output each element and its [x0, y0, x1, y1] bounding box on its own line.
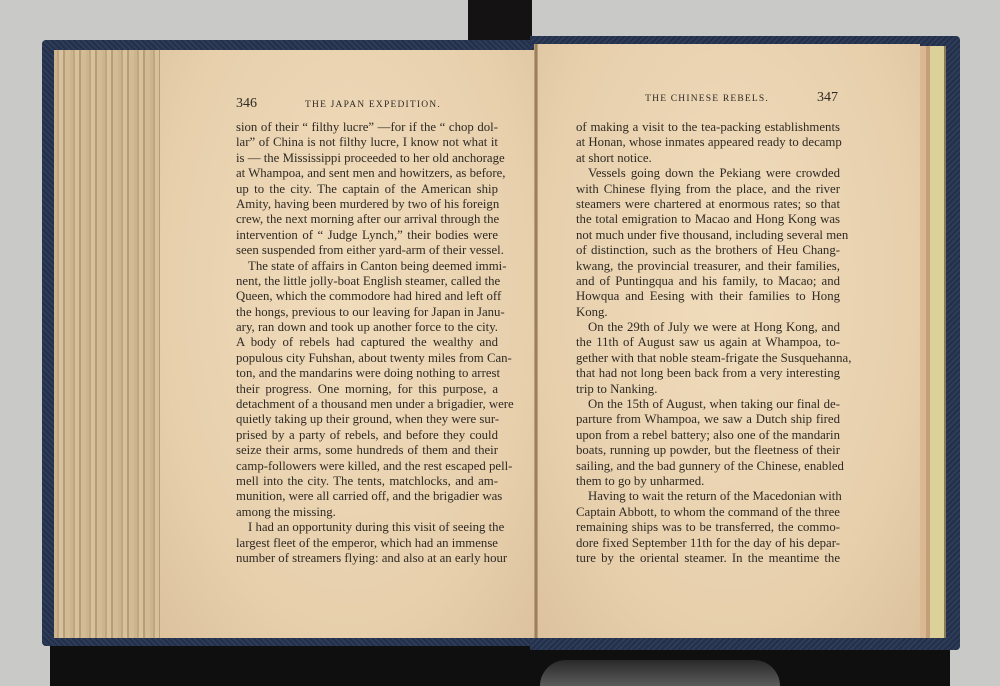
text-line: seize their arms, some hundreds of them …: [236, 443, 498, 458]
text-line: the hongs, previous to our leaving for J…: [236, 305, 498, 320]
text-line: The state of affairs in Canton being dee…: [236, 259, 498, 274]
text-line: I had an opportunity during this visit o…: [236, 520, 498, 535]
text-line: sailing, and the bad gunnery of the Chin…: [576, 459, 840, 474]
body-text: of making a visit to the tea-packing est…: [576, 120, 840, 566]
text-line: seen suspended from either yard-arm of t…: [236, 243, 498, 258]
text-line: at Whampoa, and sent men and howitzers, …: [236, 166, 498, 181]
page-edges-left: [54, 50, 166, 638]
text-line: quietly taking up their ground, when the…: [236, 412, 498, 427]
text-line: number of streamers flying: and also at …: [236, 551, 498, 566]
text-line: ture by the oriental steamer. In the mea…: [576, 551, 840, 566]
text-line: Vessels going down the Pekiang were crow…: [576, 166, 840, 181]
text-line: ton, and the mandarins were doing nothin…: [236, 366, 498, 381]
text-line: their progress. One morning, for this pu…: [236, 382, 498, 397]
text-line: On the 29th of July we were at Hong Kong…: [576, 320, 840, 335]
left-page: 346 THE JAPAN EXPEDITION. sion of their …: [160, 50, 536, 638]
text-line: munition, were all carried off, and the …: [236, 489, 498, 504]
text-line: of distinction, such as the brothers of …: [576, 243, 840, 258]
running-head-title: THE CHINESE REBELS.: [645, 94, 769, 104]
text-line: sion of their “ filthy lucre” —for if th…: [236, 120, 498, 135]
text-line: largest fleet of the emperor, which had …: [236, 536, 498, 551]
text-line: at Honan, whose inmates appeared ready t…: [576, 135, 840, 150]
running-head-title: THE JAPAN EXPEDITION.: [305, 100, 441, 110]
text-line: that had not long been back from a very …: [576, 366, 840, 381]
text-line: parture from Whampoa, we saw a Dutch shi…: [576, 412, 840, 427]
text-line: remaining ships was to be transferred, t…: [576, 520, 840, 535]
text-line: Kong.: [576, 305, 840, 320]
text-line: with Chinese flying from the place, and …: [576, 182, 840, 197]
text-line: A body of rebels had captured the wealth…: [236, 335, 498, 350]
text-line: intervention of “ Judge Lynch,” their bo…: [236, 228, 498, 243]
text-line: dore fixed September 11th for the day of…: [576, 536, 840, 551]
background-dark-strip: [468, 0, 532, 44]
text-line: mell into the city. The tents, matchlock…: [236, 474, 498, 489]
text-line: Having to wait the return of the Macedon…: [576, 489, 840, 504]
text-line: crew, the next morning after our arrival…: [236, 212, 498, 227]
text-line: among the missing.: [236, 505, 498, 520]
page-edges-right: [918, 46, 946, 638]
text-line: detachment of a thousand men under a bri…: [236, 397, 498, 412]
page-number: 347: [817, 90, 838, 106]
text-line: them to go by unharmed.: [576, 474, 840, 489]
text-line: lar” of China is not filthy lucre, I kno…: [236, 135, 498, 150]
text-line: and of Puntingqua and his family, to Mac…: [576, 274, 840, 289]
text-line: at short notice.: [576, 151, 840, 166]
text-line: nent, the little jolly-boat English stea…: [236, 274, 498, 289]
text-line: the total emigration to Macao and Hong K…: [576, 212, 840, 227]
text-line: the 11th of August saw us again at Whamp…: [576, 335, 840, 350]
page-number: 346: [236, 96, 257, 112]
text-line: Amity, having been murdered by two of hi…: [236, 197, 498, 212]
text-line: Queen, which the commodore had hired and…: [236, 289, 498, 304]
text-line: steamers were chartered at enormous rate…: [576, 197, 840, 212]
text-line: is — the Mississippi proceeded to her ol…: [236, 151, 498, 166]
text-line: of making a visit to the tea-packing est…: [576, 120, 840, 135]
text-line: camp-followers were killed, and the rest…: [236, 459, 498, 474]
running-head-left: 346 THE JAPAN EXPEDITION.: [236, 96, 500, 112]
text-line: On the 15th of August, when taking our f…: [576, 397, 840, 412]
text-line: populous city Fuhshan, about twenty mile…: [236, 351, 498, 366]
text-line: gether with that noble steam-frigate the…: [576, 351, 840, 366]
text-line: not much under five thousand, including …: [576, 228, 840, 243]
text-line: up to the city. The captain of the Ameri…: [236, 182, 498, 197]
running-head-right: THE CHINESE REBELS. 347: [576, 90, 838, 106]
text-line: boats, running up powder, but the fleetn…: [576, 443, 840, 458]
text-line: Howqua and Eesing with their families to…: [576, 289, 840, 304]
text-line: trip to Nanking.: [576, 382, 840, 397]
text-line: kwang, the provincial treasurer, and the…: [576, 259, 840, 274]
shadow-highlight: [540, 660, 780, 686]
text-line: ary, ran down and took up another force …: [236, 320, 498, 335]
text-line: upon from a rebel battery; also one of t…: [576, 428, 840, 443]
text-line: prised by a party of rebels, and before …: [236, 428, 498, 443]
text-line: Captain Abbott, to whom the command of t…: [576, 505, 840, 520]
body-text: sion of their “ filthy lucre” —for if th…: [236, 120, 498, 566]
right-page: THE CHINESE REBELS. 347 of making a visi…: [538, 44, 920, 638]
